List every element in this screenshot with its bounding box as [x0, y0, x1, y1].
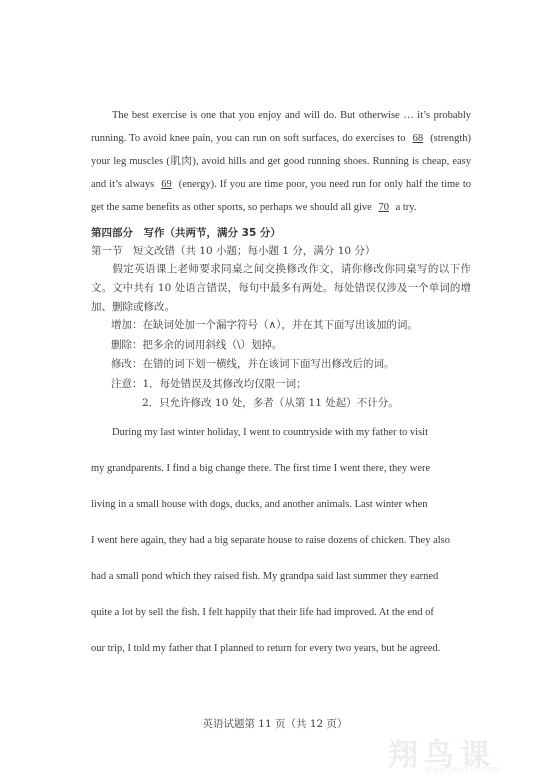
blank-69: 69: [157, 179, 176, 190]
essay-line-6: quite a lot by sell the fish. I felt hap…: [91, 605, 471, 641]
essay-line-4: I went here again, they had a big separa…: [91, 533, 471, 569]
correction-rules: 增加：在缺词处加一个漏字符号（∧），并在其下面写出该加的词。 删除：把多余的词用…: [111, 316, 418, 414]
exam-page: The best exercise is one that you enjoy …: [0, 0, 550, 778]
essay-line-1: During my last winter holiday, I went to…: [91, 425, 471, 461]
instructions: 假定英语课上老师要求同桌之间交换修改作文，请你修改你同桌写的以下作文。文中共有 …: [91, 260, 471, 317]
page-footer: 英语试题第 11 页（共 12 页）: [0, 716, 550, 731]
blank-68: 68: [409, 133, 428, 144]
rule-note-2: 2．只允许修改 10 处，多者（从第 11 处起）不计分。: [111, 394, 418, 414]
cloze-passage-ending: The best exercise is one that you enjoy …: [91, 104, 471, 219]
section-subtitle: 第一节 短文改错（共 10 小题；每小题 1 分，满分 10 分）: [91, 243, 375, 258]
section-title: 第四部分 写作（共两节，满分 35 分）: [91, 225, 281, 240]
rule-modify: 修改：在错的词下划一横线，并在该词下面写出修改后的词。: [111, 355, 418, 375]
essay-to-correct: During my last winter holiday, I went to…: [91, 425, 471, 677]
watermark-url: www.jxxn15.com: [425, 765, 502, 775]
instructions-text: 假定英语课上老师要求同桌之间交换修改作文，请你修改你同桌写的以下作文。文中共有 …: [91, 263, 471, 313]
essay-line-5: had a small pond which they raised fish.…: [91, 569, 471, 605]
essay-line-3: living in a small house with dogs, ducks…: [91, 497, 471, 533]
passage-text-4: a try.: [396, 202, 417, 213]
rule-delete: 删除：把多余的词用斜线（\）划掉。: [111, 336, 418, 356]
rule-add: 增加：在缺词处加一个漏字符号（∧），并在其下面写出该加的词。: [111, 316, 418, 336]
blank-70: 70: [374, 202, 393, 213]
essay-line-7: our trip, I told my father that I planne…: [91, 641, 471, 677]
rule-note-1: 注意：1．每处错误及其修改均仅限一词；: [111, 375, 418, 395]
essay-line-2: my grandparents. I find a big change the…: [91, 461, 471, 497]
